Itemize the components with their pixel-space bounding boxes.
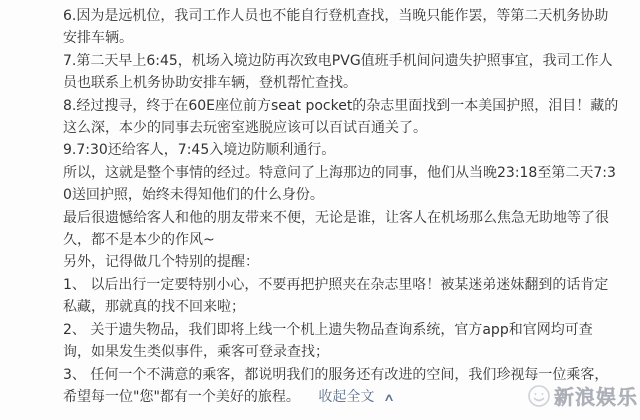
post-paragraph: 1、 以后出行一定要特别小心，不要再把护照夹在杂志里咯！被某迷弟迷妹翻到的话肯定… — [63, 274, 619, 319]
post-paragraph: 另外，记得做几个特别的提醒： — [63, 251, 619, 273]
post-paragraph: 9.7:30还给客人，7:45入境边防顺利通行。 — [63, 139, 619, 161]
weibo-post-screenshot: { "page": { "background_color": "#fdfdfd… — [0, 0, 640, 420]
post-paragraph: 所以，这就是整个事情的经过。特意问了上海那边的同事，他们从当晚23:18至第二天… — [63, 162, 619, 207]
collapse-full-text-link[interactable]: 收起全文 ∧ — [318, 389, 393, 405]
post-paragraph: 3、 任何一个不满意的乘客，都说明我们的服务还有改进的空间，我们珍视每一位乘客，… — [63, 364, 619, 410]
chevron-up-icon: ∧ — [383, 387, 395, 409]
post-body-text: 6.因为是远机位，我司工作人员也不能自行登机查找，当晚只能作罢，等第二天机务协助… — [63, 0, 619, 409]
post-paragraph: 最后很遗憾给客人和他的朋友带来不便，无论是谁，让客人在机场那么焦急无助地等了很久… — [63, 207, 619, 252]
post-paragraph: 6.因为是远机位，我司工作人员也不能自行登机查找，当晚只能作罢，等第二天机务协助… — [63, 5, 619, 50]
collapse-link-label: 收起全文 — [318, 389, 374, 405]
post-paragraph: 2、 关于遗失物品，我们即将上线一个机上遗失物品查询系统，官方app和官网均可查… — [63, 319, 619, 364]
post-paragraph: 8.经过搜寻，终于在60E座位前方seat pocket的杂志里面找到一本美国护… — [63, 95, 619, 140]
post-paragraph: 7.第二天早上6:45，机场入境边防再次致电PVG值班手机间问遗失护照事宜，我司… — [63, 50, 619, 95]
